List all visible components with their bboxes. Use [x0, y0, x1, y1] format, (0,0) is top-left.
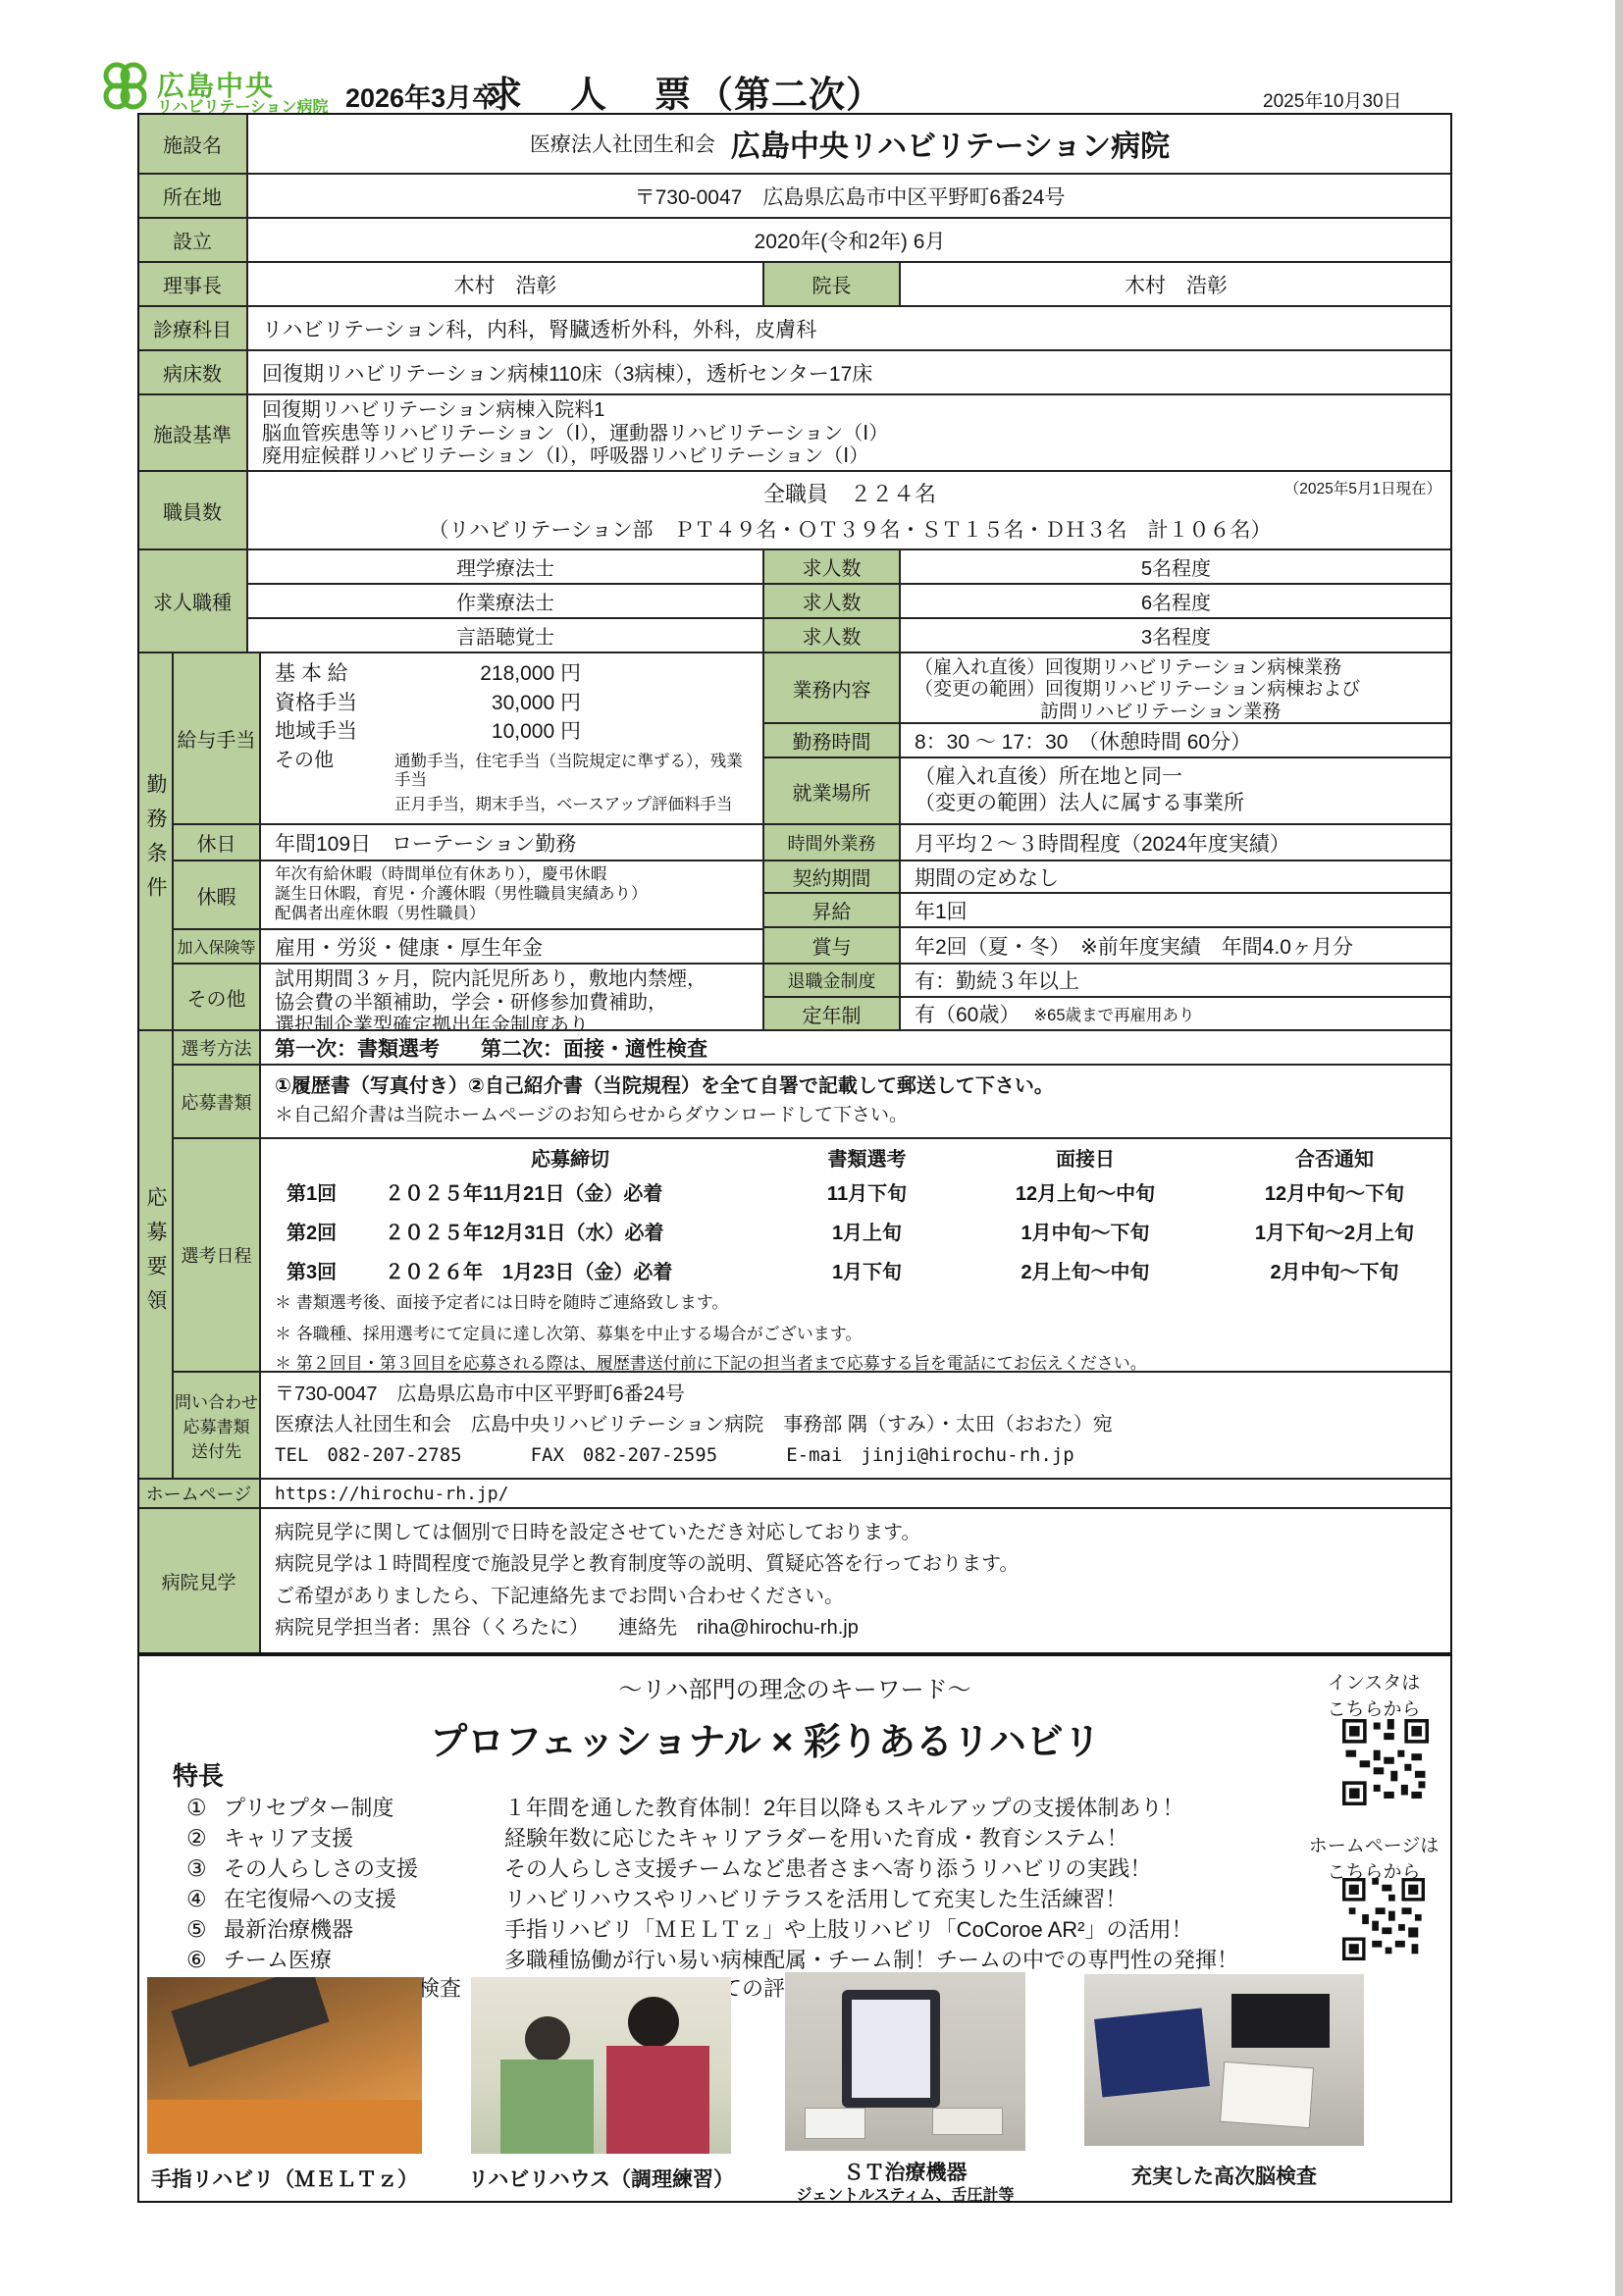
leave-label: 休暇 [173, 861, 260, 929]
recruit-count-label-1: 求人数 [763, 549, 900, 584]
founded-value: 2020年(令和2年) 6月 [247, 218, 1452, 262]
visit-label: 病院見学 [137, 1508, 260, 1654]
contact-fax: FAX 082-207-2595 [531, 1444, 718, 1466]
screening-1: 11月下旬 [781, 1177, 953, 1206]
salary-row-area: 地域手当10,000 円 [275, 720, 757, 745]
salary-amount-3: 10,000 円 [394, 720, 581, 745]
feature-name-2: キャリア支援 [224, 1822, 504, 1852]
notice-2: 1月下旬～2月上旬 [1218, 1217, 1451, 1245]
page-title: 求 人 票（第二次） [486, 65, 883, 118]
photo2-person2-head-shape [628, 1997, 679, 2048]
feature-num-6: ⑥ [186, 1947, 224, 1973]
schedule-value: 応募締切 書類選考 面接日 合否通知 第1回 ２０２５年11月21日（金）必着 … [260, 1138, 1452, 1372]
bonus-value: 年2回（夏・冬） ※前年度実績 年間4.0ヶ月分 [900, 927, 1452, 964]
recruit-count-label-2: 求人数 [763, 584, 900, 618]
instagram-qr-label-line2: こちらから [1295, 1695, 1452, 1721]
facility-name-label: 施設名 [137, 113, 247, 174]
photo3-device2-shape [932, 2108, 1003, 2135]
photo-meltz-rehab [147, 1977, 422, 2154]
chairman-value: 木村 浩彰 [247, 262, 763, 306]
contact-address: 〒730-0047 広島県広島市中区平野町6番24号 [275, 1383, 1445, 1407]
holiday-value: 年間109日 ローテーション勤務 [260, 824, 763, 861]
title-suffix: （第二次） [697, 75, 883, 115]
salary-amount-1: 218,000 円 [394, 662, 581, 687]
photo1-device-arm-shape [171, 1977, 329, 2067]
feature-num-1: ① [186, 1795, 224, 1821]
leave-line3: 配偶者出産休暇（男性職員） [275, 905, 757, 923]
deadline-2: ２０２５年12月31日（水）必着 [359, 1217, 781, 1245]
notice-3: 2月中旬～下旬 [1218, 1256, 1451, 1284]
beds-label: 病床数 [137, 350, 247, 394]
work-other-line1: 試用期間３ヶ月，院内託児所あり，敷地内禁煙， [275, 968, 757, 992]
salary-other-line2: 正月手当，期末手当，ベースアップ評価料手当 [275, 796, 757, 814]
homepage-qr-label: ホームページは こちらから [1290, 1831, 1457, 1884]
recruit-label: 求人職種 [137, 549, 247, 652]
raise-label: 昇給 [763, 893, 900, 927]
interview-1: 12月上旬～中旬 [953, 1177, 1218, 1206]
retirement-label: 定年制 [763, 997, 900, 1030]
deadline-3: ２０２６年 1月23日（金）必着 [359, 1256, 781, 1284]
hospital-logo [98, 59, 151, 119]
contact-organization: 医療法人社団生和会 広島中央リハビリテーション病院 事務部 隅（すみ）・太田（お… [275, 1414, 1445, 1437]
workplace-value: （雇入れ直後）所在地と同一 （変更の範囲）法人に属する事業所 [900, 757, 1452, 824]
caption-photo-4: 充実した高次脳検査 [1084, 2161, 1364, 2190]
duties-label: 業務内容 [763, 652, 900, 723]
recruit-title-2: 作業療法士 [247, 584, 763, 618]
beds-value: 回復期リハビリテーション病棟110床（3病棟），透析センター17床 [247, 350, 1452, 394]
photo4-blue-box-shape [1094, 2008, 1210, 2097]
schedule-note-3: ＊ 第２回目・第３回目を応募される際は、履歴書送付前に下記の担当者まで応募する旨… [275, 1349, 1147, 1372]
severance-label: 退職金制度 [763, 964, 900, 997]
raise-value: 年1回 [900, 893, 1452, 927]
recruit-count-2: 6名程度 [900, 584, 1452, 618]
salary-amount-2: 30,000 円 [394, 692, 581, 716]
workplace-line2: （変更の範囲）法人に属する事業所 [915, 792, 1445, 816]
feature-name-4: 在宅復帰への支援 [224, 1883, 504, 1913]
title-main: 求 人 票 [486, 75, 697, 115]
departments-label: 診療科目 [137, 306, 247, 350]
standards-value: 回復期リハビリテーション病棟入院料1 脳血管疾患等リハビリテーション（Ⅰ），運動… [247, 394, 1452, 471]
homepage-label: ホームページ [137, 1479, 260, 1508]
grad-year-label: 2026年3月卒 [345, 77, 498, 115]
round-3: 第3回 [261, 1256, 359, 1284]
documents-line1: ①履歴書（写真付き）②自己紹介書（当院規程）を全て自署で記載して郵送して下さい。 [275, 1075, 1445, 1099]
photo4-black-device-shape [1231, 1994, 1330, 2048]
hours-value: 8：30 ～ 17：30 （休憩時間 60分） [900, 723, 1452, 757]
salary-row-other: その他通勤手当，住宅手当（当院規定に準ずる），残業手当 [275, 750, 757, 791]
visit-line3: ご希望がありましたら、下記連絡先までお問い合わせください。 [275, 1586, 1445, 1609]
feature-desc-4: リハビリハウスやリハビリテラスを活用して充実した生活練習！ [504, 1883, 1290, 1913]
contact-label-line2: 応募書類 [175, 1413, 258, 1437]
screening-2: 1月上旬 [781, 1217, 953, 1245]
homepage-qr-label-line1: ホームページは [1290, 1831, 1457, 1857]
application-section-label: 応募要領 [137, 1030, 173, 1479]
workplace-line1: （雇入れ直後）所在地と同一 [915, 765, 1445, 790]
work-other-line3: 選択制企業型確定拠出年金制度あり [275, 1015, 757, 1030]
photo-st-devices [785, 1972, 1025, 2151]
work-other-label: その他 [173, 964, 260, 1030]
recruit-count-3: 3名程度 [900, 618, 1452, 652]
keyword-title: ～リハ部門の理念のキーワード～ [353, 1670, 1236, 1704]
salary-name-2: 資格手当 [275, 692, 394, 716]
schedule-row-2: 第2回 ２０２５年12月31日（水）必着 1月上旬 1月中旬～下旬 1月下旬～2… [261, 1214, 1451, 1247]
contact-value: 〒730-0047 広島県広島市中区平野町6番24号 医療法人社団生和会 広島中… [260, 1372, 1452, 1479]
salary-other-label: その他 [275, 750, 394, 773]
visit-line2: 病院見学は１時間程度で施設見学と教育制度等の説明、質疑応答を行っております。 [275, 1553, 1445, 1577]
schedule-note-2: ＊ 各職種、採用選考にて定員に達し次第、募集を中止する場合がございます。 [275, 1320, 862, 1344]
salary-row-license: 資格手当30,000 円 [275, 692, 757, 716]
workplace-label: 就業場所 [763, 757, 900, 824]
feature-item-6: ⑥チーム医療多職種協働が行い易い病棟配属・チーム制！チームの中での専門性の発揮！ [186, 1944, 1290, 1974]
selection-schedule-table: 応募締切 書類選考 面接日 合否通知 第1回 ２０２５年11月21日（金）必着 … [261, 1139, 1451, 1371]
hours-label: 勤務時間 [763, 723, 900, 757]
contact-label-line1: 問い合わせ [175, 1388, 258, 1413]
interview-2: 1月中旬～下旬 [953, 1217, 1218, 1245]
salary-name-3: 地域手当 [275, 720, 394, 745]
recruit-title-1: 理学療法士 [247, 549, 763, 584]
documents-value: ①履歴書（写真付き）②自己紹介書（当院規程）を全て自署で記載して郵送して下さい。… [260, 1065, 1452, 1138]
documents-label: 応募書類 [173, 1065, 260, 1138]
founded-label: 設立 [137, 218, 247, 262]
insurance-label: 加入保険等 [173, 929, 260, 964]
feature-name-1: プリセプター制度 [224, 1792, 504, 1822]
retirement-note: ※65歳まで再雇用あり [1033, 1002, 1194, 1025]
feature-num-5: ⑤ [186, 1916, 224, 1943]
photo1-floor-shape [147, 2100, 422, 2154]
schedule-header-notice: 合否通知 [1218, 1143, 1451, 1172]
instagram-qr-label-line1: インスタは [1295, 1668, 1452, 1695]
feature-desc-3: その人らしさ支援チームなど患者さまへ寄り添うリハビリの実践！ [504, 1852, 1290, 1883]
feature-desc-2: 経験年数に応じたキャリアラダーを用いた育成・教育システム！ [504, 1822, 1290, 1852]
hospital-name: 広島中央リハビリテーション病院 [731, 122, 1170, 165]
leave-line1: 年次有給休暇（時間単位有休あり），慶弔休暇 [275, 865, 757, 884]
feature-num-4: ④ [186, 1886, 224, 1912]
staff-total: 全職員 ２２４名 [248, 478, 1451, 508]
features-heading: 特長 [173, 1756, 224, 1793]
departments-value: リハビリテーション科，内科，腎臓透析外科，外科，皮膚科 [247, 306, 1452, 350]
term-value: 期間の定めなし [900, 861, 1452, 893]
photo2-person1-body-shape [500, 2060, 594, 2154]
staff-value: （2025年5月1日現在） 全職員 ２２４名 （リハビリテーション部 ＰＴ４９名… [247, 471, 1452, 549]
salary-name-1: 基 本 給 [275, 662, 394, 687]
schedule-label: 選考日程 [173, 1138, 260, 1372]
standards-label: 施設基準 [137, 394, 247, 471]
visit-line1: 病院見学に関しては個別で日時を設定させていただき対応しております。 [275, 1522, 1445, 1545]
staff-label: 職員数 [137, 471, 247, 549]
standards-line3: 廃用症候群リハビリテーション（Ⅰ），呼吸器リハビリテーション（Ⅰ） [262, 445, 1445, 469]
staff-breakdown: （リハビリテーション部 ＰＴ４９名・ＯＴ３９名・ＳＴ１５名・ＤＨ３名 計１０６名… [248, 514, 1451, 544]
term-label: 契約期間 [763, 861, 900, 893]
recruit-count-label-3: 求人数 [763, 618, 900, 652]
caption-photo-3-sub: ジェントルスティム、舌圧計等 [765, 2182, 1045, 2205]
feature-num-2: ② [186, 1825, 224, 1852]
schedule-header-interview: 面接日 [953, 1143, 1218, 1172]
corporation-name: 医療法人社団生和会 [530, 129, 715, 158]
photo4-booklet-shape [1220, 2061, 1314, 2128]
severance-value: 有：勤続３年以上 [900, 964, 1452, 997]
work-conditions-section-label: 勤務条件 [137, 652, 173, 1030]
feature-item-2: ②キャリア支援経験年数に応じたキャリアラダーを用いた育成・教育システム！ [186, 1822, 1290, 1852]
photo2-person1-head-shape [525, 2016, 570, 2061]
caption-photo-2: リハビリハウス（調理練習） [461, 2164, 741, 2193]
photo3-tablet-screen-shape [852, 2000, 930, 2098]
facility-name-value: 医療法人社団生和会 広島中央リハビリテーション病院 [247, 113, 1452, 174]
insurance-value: 雇用・労災・健康・厚生年金 [260, 929, 763, 964]
staff-asof: （2025年5月1日現在） [1284, 477, 1441, 498]
feature-item-5: ⑤最新治療機器手指リハビリ「ＭＥＬＴｚ」や上肢リハビリ「CoCoroe AR²」… [186, 1913, 1290, 1944]
director-value: 木村 浩彰 [900, 262, 1452, 306]
homepage-qr-code [1342, 1878, 1425, 1960]
photo-cognitive-test-kits [1084, 1974, 1364, 2146]
duties-value: （雇入れ直後）回復期リハビリテーション病棟業務 （変更の範囲）回復期リハビリテー… [900, 652, 1452, 723]
feature-desc-5: 手指リハビリ「ＭＥＬＴｚ」や上肢リハビリ「CoCoroe AR²」の活用！ [504, 1913, 1290, 1944]
schedule-header-deadline: 応募締切 [359, 1143, 781, 1172]
slogan: プロフェッショナル × 彩りあるリハビリ [177, 1711, 1354, 1765]
standards-line2: 脳血管疾患等リハビリテーション（Ⅰ），運動器リハビリテーション（Ⅰ） [262, 423, 1445, 446]
contact-tel: TEL 082-207-2785 [275, 1444, 462, 1466]
schedule-header-screening: 書類選考 [781, 1143, 953, 1172]
leave-line2: 誕生日休暇，育児・介護休暇（男性職員実績あり） [275, 885, 757, 904]
screening-3: 1月下旬 [781, 1256, 953, 1284]
salary-other-line1: 通勤手当，住宅手当（当院規定に準ずる），残業手当 [394, 753, 757, 791]
method-value: 第一次：書類選考 第二次：面接・適性検査 [260, 1030, 1452, 1065]
salary-label: 給与手当 [173, 652, 260, 824]
photo-rehab-house-cooking [471, 1977, 731, 2154]
standards-line1: 回復期リハビリテーション病棟入院料1 [262, 399, 1445, 423]
feature-desc-6: 多職種協働が行い易い病棟配属・チーム制！チームの中での専門性の発揮！ [504, 1944, 1290, 1974]
duties-line2: （変更の範囲）回復期リハビリテーション病棟および [915, 679, 1445, 701]
instagram-qr-code [1342, 1719, 1429, 1805]
contact-tel-row: TEL 082-207-2785 FAX 082-207-2595 E-mai … [275, 1444, 1445, 1466]
schedule-header-row: 応募締切 書類選考 面接日 合否通知 [261, 1141, 1451, 1173]
address-label: 所在地 [137, 174, 247, 218]
holiday-label: 休日 [173, 824, 260, 861]
photo2-person2-body-shape [606, 2046, 709, 2154]
feature-num-3: ③ [186, 1855, 224, 1882]
schedule-note-1: ＊ 書類選考後、面接予定者には日時を随時ご連絡致します。 [275, 1288, 728, 1313]
feature-name-5: 最新治療機器 [224, 1913, 504, 1944]
feature-item-4: ④在宅復帰への支援リハビリハウスやリハビリテラスを活用して充実した生活練習！ [186, 1883, 1290, 1913]
visit-value: 病院見学に関しては個別で日時を設定させていただき対応しております。 病院見学は１… [260, 1508, 1452, 1654]
caption-photo-1: 手指リハビリ（ＭＥＬＴｚ） [147, 2164, 422, 2193]
duties-line1: （雇入れ直後）回復期リハビリテーション病棟業務 [915, 657, 1445, 679]
feature-desc-1: １年間を通した教育体制！2年目以降もスキルアップの支援体制あり！ [504, 1792, 1290, 1822]
overtime-value: 月平均２～３時間程度（2024年度実績） [900, 824, 1452, 861]
job-posting-sheet: 広島中央 リハビリテーション病院 2026年3月卒 求 人 票（第二次） 202… [0, 0, 1623, 2296]
visit-line4: 病院見学担当者：黒谷（くろたに） 連絡先 riha@hirochu-rh.jp [275, 1617, 1445, 1641]
retirement-value: 有（60歳） ※65歳まで再雇用あり [900, 997, 1452, 1030]
retirement-main: 有（60歳） [915, 999, 1020, 1028]
round-2: 第2回 [261, 1217, 359, 1245]
contact-email: E-mai jinji@hirochu-rh.jp [786, 1444, 1074, 1466]
feature-name-3: その人らしさの支援 [224, 1852, 504, 1883]
photo3-device-shape [805, 2108, 865, 2139]
contact-label-line3: 送付先 [175, 1437, 258, 1462]
work-other-value: 試用期間３ヶ月，院内託児所あり，敷地内禁煙， 協会費の半額補助，学会・研修参加費… [260, 964, 763, 1030]
notice-1: 12月中旬～下旬 [1218, 1177, 1451, 1206]
interview-3: 2月上旬～中旬 [953, 1256, 1218, 1284]
bonus-label: 賞与 [763, 927, 900, 964]
instagram-qr-label: インスタは こちらから [1295, 1668, 1452, 1721]
salary-row-base: 基 本 給218,000 円 [275, 662, 757, 687]
scan-edge-strip [1615, 0, 1623, 2296]
chairman-label: 理事長 [137, 262, 247, 306]
recruit-title-3: 言語聴覚士 [247, 618, 763, 652]
duties-line3: 訪問リハビリテーション業務 [915, 702, 1445, 723]
overtime-label: 時間外業務 [763, 824, 900, 861]
deadline-1: ２０２５年11月21日（金）必着 [359, 1177, 781, 1206]
schedule-row-1: 第1回 ２０２５年11月21日（金）必着 11月下旬 12月上旬～中旬 12月中… [261, 1174, 1451, 1208]
leave-value: 年次有給休暇（時間単位有休あり），慶弔休暇 誕生日休暇，育児・介護休暇（男性職員… [260, 861, 763, 929]
homepage-url: https://hirochu-rh.jp/ [260, 1479, 1452, 1508]
contact-label: 問い合わせ 応募書類 送付先 [173, 1372, 260, 1479]
feature-name-6: チーム医療 [224, 1944, 504, 1974]
director-label: 院長 [763, 262, 900, 306]
feature-item-1: ①プリセプター制度１年間を通した教育体制！2年目以降もスキルアップの支援体制あり… [186, 1792, 1290, 1822]
salary-value: 基 本 給218,000 円 資格手当30,000 円 地域手当10,000 円… [260, 652, 763, 824]
clover-logo-icon [98, 59, 151, 114]
issue-date: 2025年10月30日 [1263, 86, 1402, 113]
work-other-line2: 協会費の半額補助，学会・研修参加費補助， [275, 992, 757, 1016]
feature-item-3: ③その人らしさの支援その人らしさ支援チームなど患者さまへ寄り添うリハビリの実践！ [186, 1852, 1290, 1883]
schedule-row-3: 第3回 ２０２６年 1月23日（金）必着 1月下旬 2月上旬～中旬 2月中旬～下… [261, 1253, 1451, 1286]
address-value: 〒730-0047 広島県広島市中区平野町6番24号 [247, 174, 1452, 218]
round-1: 第1回 [261, 1177, 359, 1206]
recruit-count-1: 5名程度 [900, 549, 1452, 584]
documents-line2: ＊自己紹介書は当院ホームページのお知らせからダウンロードして下さい。 [275, 1105, 1445, 1126]
method-label: 選考方法 [173, 1030, 260, 1065]
